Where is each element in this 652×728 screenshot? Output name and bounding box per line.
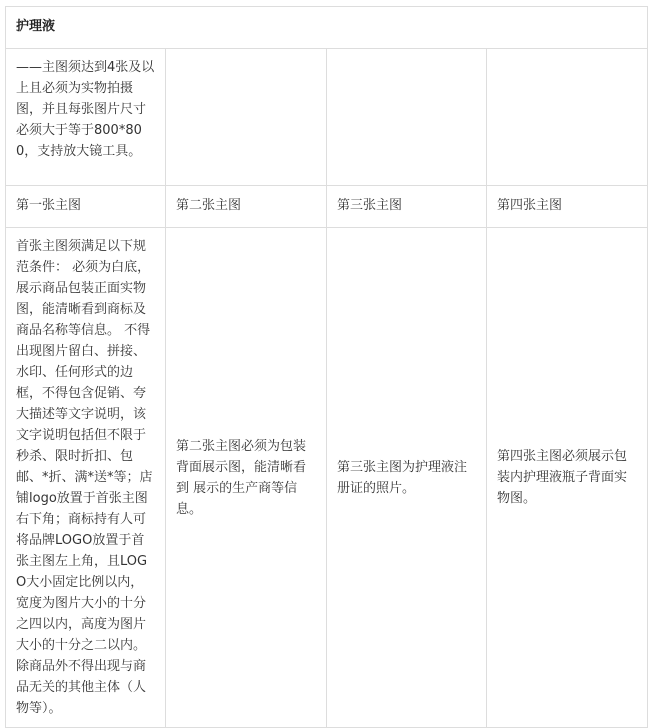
intro-row: ——主图须达到4张及以上且必须为实物拍摄图，并且每张图片尺寸必须大于等于800*… — [6, 49, 648, 186]
main-image-spec-table: 护理液 ——主图须达到4张及以上且必须为实物拍摄图，并且每张图片尺寸必须大于等于… — [5, 6, 648, 728]
description-2: 第二张主图必须为包装背面展示图，能清晰看到 展示的生产商等信息。 — [166, 228, 327, 728]
intro-text: ——主图须达到4张及以上且必须为实物拍摄图，并且每张图片尺寸必须大于等于800*… — [6, 49, 166, 186]
column-label-4: 第四张主图 — [487, 186, 648, 228]
title-row: 护理液 — [6, 7, 648, 49]
column-label-3: 第三张主图 — [327, 186, 487, 228]
category-title: 护理液 — [6, 7, 648, 49]
column-label-row: 第一张主图 第二张主图 第三张主图 第四张主图 — [6, 186, 648, 228]
empty-cell — [166, 49, 327, 186]
empty-cell — [327, 49, 487, 186]
column-label-2: 第二张主图 — [166, 186, 327, 228]
description-4: 第四张主图必须展示包装内护理液瓶子背面实物图。 — [487, 228, 648, 728]
description-3: 第三张主图为护理液注册证的照片。 — [327, 228, 487, 728]
empty-cell — [487, 49, 648, 186]
description-1: 首张主图须满足以下规范条件： 必须为白底，展示商品包装正面实物图，能清晰看到商标… — [6, 228, 166, 728]
column-label-1: 第一张主图 — [6, 186, 166, 228]
description-row: 首张主图须满足以下规范条件： 必须为白底，展示商品包装正面实物图，能清晰看到商标… — [6, 228, 648, 728]
